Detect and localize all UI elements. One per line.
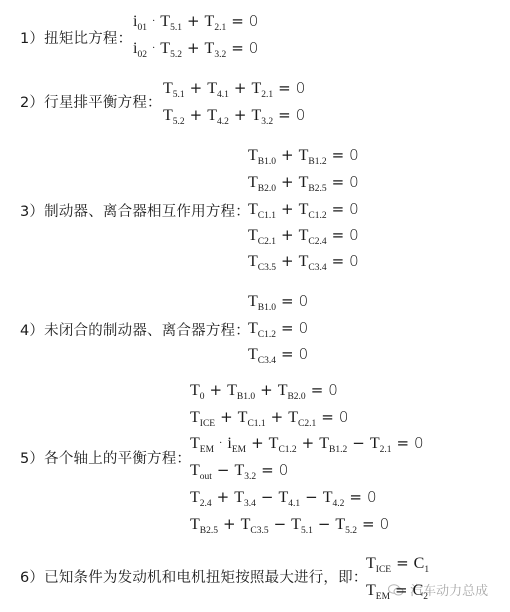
equation-term: TC3.4 <box>248 346 276 364</box>
equation-term: T4.1 <box>207 80 229 98</box>
operator: = <box>311 381 324 399</box>
equation: T5.1+T4.1+T2.1=0 <box>163 79 305 98</box>
multiply-dot: · <box>152 40 155 58</box>
equation-term: T3.2 <box>235 462 257 480</box>
operator: = <box>281 292 294 310</box>
equation-term: TB2.0 <box>278 382 306 400</box>
equation-value: 0 <box>279 461 289 479</box>
equation-value: 0 <box>349 200 359 218</box>
equation-value: 0 <box>299 345 309 363</box>
equation-term: T3.4 <box>234 489 256 507</box>
section-6-label: 6）已知条件为发动机和电机扭矩按照最大进行，即： <box>20 566 368 587</box>
equation-term: T5.2 <box>335 516 357 534</box>
equation: TB1.0=0 <box>248 292 308 311</box>
section-2-label: 2）行星排平衡方程： <box>20 91 162 112</box>
equation-term: TEM <box>366 582 390 600</box>
equation-term: T4.1 <box>278 489 300 507</box>
equation-term: TC1.2 <box>299 201 327 219</box>
section-1-label: 1）扭矩比方程： <box>20 27 132 48</box>
operator: + <box>271 408 284 426</box>
equation-term: T3.2 <box>251 107 273 125</box>
operator: + <box>217 488 230 506</box>
equation-value: 0 <box>349 146 359 164</box>
equation-term: i01 <box>133 13 147 31</box>
equation: T0+TB1.0+TB2.0=0 <box>190 381 338 400</box>
equation-term: TC1.2 <box>248 320 276 338</box>
operator: − <box>318 515 331 533</box>
equation-term: TEM <box>190 435 214 453</box>
equation-term: C2 <box>413 582 428 600</box>
operator: = <box>321 408 334 426</box>
equation-value: 0 <box>380 515 390 533</box>
section-4-label: 4）未闭合的制动器、离合器方程： <box>20 319 250 340</box>
operator: + <box>260 381 273 399</box>
equation-term: C1 <box>414 555 429 573</box>
equation-term: TB1.2 <box>299 147 327 165</box>
equation-term: TB1.0 <box>248 147 276 165</box>
equation: TB1.0+TB1.2=0 <box>248 146 359 165</box>
equation: T5.2+T4.2+T3.2=0 <box>163 106 305 125</box>
equation: TC1.1+TC1.2=0 <box>248 200 359 219</box>
equation: i02·T5.2+T3.2=0 <box>133 39 258 58</box>
equation-term: T2.1 <box>205 13 227 31</box>
equation: T2.4+T3.4−T4.1−T4.2=0 <box>190 488 376 507</box>
operator: = <box>332 252 345 270</box>
equation-term: T5.1 <box>163 80 185 98</box>
equation-value: 0 <box>349 173 359 191</box>
operator: = <box>349 488 362 506</box>
operator: = <box>261 461 274 479</box>
equation: TC2.1+TC2.4=0 <box>248 226 359 245</box>
equation-term: TC2.4 <box>299 227 327 245</box>
operator: + <box>281 252 294 270</box>
equation-term: TC3.5 <box>248 253 276 271</box>
operator: + <box>190 79 203 97</box>
operator: − <box>352 434 365 452</box>
operator: + <box>281 226 294 244</box>
equation-term: TICE <box>366 555 391 573</box>
equation-term: T5.2 <box>163 107 185 125</box>
operator: + <box>281 200 294 218</box>
equation: TICE+TC1.1+TC2.1=0 <box>190 408 348 427</box>
equation-value: 0 <box>249 12 259 30</box>
equation: i01·T5.1+T2.1=0 <box>133 12 258 31</box>
operator: + <box>190 106 203 124</box>
equation-term: TB1.2 <box>319 435 347 453</box>
equation-term: TC1.2 <box>269 435 297 453</box>
equation-term: T5.1 <box>160 13 182 31</box>
operator: + <box>220 408 233 426</box>
equation: TC3.5+TC3.4=0 <box>248 252 359 271</box>
operator: + <box>187 12 200 30</box>
equation-term: iEM <box>227 435 246 453</box>
equation-term: TB2.0 <box>248 174 276 192</box>
equation-value: 0 <box>299 319 309 337</box>
operator: + <box>281 173 294 191</box>
operator: = <box>396 434 409 452</box>
equation-value: 0 <box>414 434 424 452</box>
equation: TEM·iEM+TC1.2+TB1.2−T2.1=0 <box>190 434 424 453</box>
operator: = <box>332 173 345 191</box>
operator: = <box>396 554 409 572</box>
operator: − <box>217 461 230 479</box>
equation-term: T2.4 <box>190 489 212 507</box>
operator: + <box>234 106 247 124</box>
operator: = <box>281 345 294 363</box>
equation: TB2.5+TC3.5−T5.1−T5.2=0 <box>190 515 389 534</box>
equation-term: T5.1 <box>291 516 313 534</box>
equation-value: 0 <box>328 381 338 399</box>
operator: + <box>251 434 264 452</box>
equation-term: TC2.1 <box>288 409 316 427</box>
equation-value: 0 <box>296 106 306 124</box>
section-5-label: 5）各个轴上的平衡方程： <box>20 447 191 468</box>
equation-value: 0 <box>349 252 359 270</box>
equation-value: 0 <box>299 292 309 310</box>
operator: + <box>234 79 247 97</box>
equation-term: TICE <box>190 409 215 427</box>
equation: TC3.4=0 <box>248 345 308 364</box>
equation-term: T4.2 <box>323 489 345 507</box>
operator: + <box>187 39 200 57</box>
section-3-label: 3）制动器、离合器相互作用方程： <box>20 200 250 221</box>
equation-value: 0 <box>249 39 259 57</box>
operator: + <box>302 434 315 452</box>
equation: TEM=C2 <box>366 581 428 600</box>
operator: − <box>274 515 287 533</box>
equation-term: T0 <box>190 382 205 400</box>
equation-value: 0 <box>349 226 359 244</box>
operator: = <box>395 581 408 599</box>
operator: = <box>231 12 244 30</box>
equation: TICE=C1 <box>366 554 429 573</box>
equation-term: TB1.0 <box>227 382 255 400</box>
equation-term: T2.1 <box>251 80 273 98</box>
equation-term: T2.1 <box>370 435 392 453</box>
equation-term: T3.2 <box>205 40 227 58</box>
equation-value: 0 <box>339 408 349 426</box>
equation-term: T5.2 <box>160 40 182 58</box>
equation-term: TC1.1 <box>248 201 276 219</box>
operator: = <box>332 146 345 164</box>
equation-term: i02 <box>133 40 147 58</box>
operator: = <box>278 79 291 97</box>
equation-term: TC3.4 <box>299 253 327 271</box>
operator: = <box>362 515 375 533</box>
operator: = <box>332 200 345 218</box>
equation-term: TB2.5 <box>299 174 327 192</box>
operator: − <box>305 488 318 506</box>
operator: − <box>261 488 274 506</box>
operator: = <box>278 106 291 124</box>
equation-term: T4.2 <box>207 107 229 125</box>
equation: TB2.0+TB2.5=0 <box>248 173 359 192</box>
multiply-dot: · <box>152 13 155 31</box>
equation: TC1.2=0 <box>248 319 308 338</box>
operator: + <box>223 515 236 533</box>
equation-term: TC2.1 <box>248 227 276 245</box>
equation-term: TC3.5 <box>241 516 269 534</box>
equation-term: TB2.5 <box>190 516 218 534</box>
operator: = <box>281 319 294 337</box>
multiply-dot: · <box>219 435 222 453</box>
equation-value: 0 <box>367 488 377 506</box>
operator: + <box>210 381 223 399</box>
equation-value: 0 <box>296 79 306 97</box>
equation-term: TB1.0 <box>248 293 276 311</box>
operator: = <box>332 226 345 244</box>
equation: Tout−T3.2=0 <box>190 461 288 480</box>
equation-term: TC1.1 <box>238 409 266 427</box>
operator: + <box>281 146 294 164</box>
operator: = <box>231 39 244 57</box>
equation-term: Tout <box>190 462 212 480</box>
